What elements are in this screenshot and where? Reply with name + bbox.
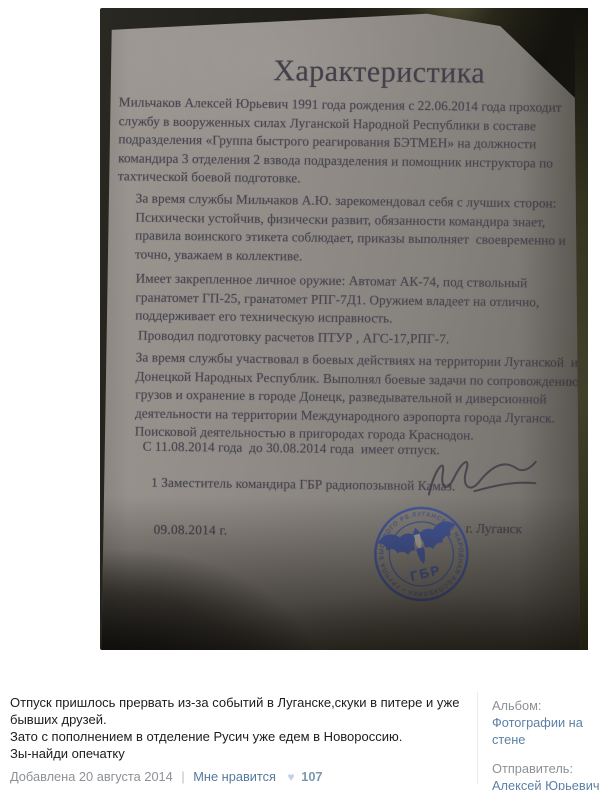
sender-link[interactable]: Алексей Юрьевич <box>492 777 612 790</box>
doc-paragraph: Мильчаков Алексей Юрьевич 1991 года рожд… <box>118 93 571 191</box>
document-text-layer: Характеристика Мильчаков Алексей Юрьевич… <box>92 8 588 656</box>
document-title: Характеристика <box>159 53 599 92</box>
bat-body <box>416 547 427 564</box>
photo-meta-row: Добавлена 20 августа 2014 | Мне нравится… <box>10 769 323 784</box>
photo-info-sidebar: Альбом: Фотографии на стене Отправитель:… <box>492 697 612 790</box>
added-date: Добавлена 20 августа 2014 <box>10 769 173 784</box>
document-date: 09.08.2014 г. <box>154 522 228 539</box>
like-button[interactable]: Мне нравится <box>193 769 276 784</box>
stamp-center-text: ГБР <box>409 562 443 584</box>
heart-icon[interactable]: ♥ <box>280 770 298 784</box>
signature-line: 1 Заместитель командира ГБР радиопозывно… <box>151 475 455 495</box>
doc-paragraph: За время службы Мильчаков А.Ю. зарекомен… <box>135 189 588 269</box>
photo-view-page: Характеристика Мильчаков Алексей Юрьевич… <box>0 0 614 790</box>
column-divider <box>477 692 478 784</box>
photo-caption: Отпуск пришлось прервать из-за событий в… <box>10 694 480 762</box>
doc-paragraph: Имеет закрепленное личное оружие: Автома… <box>135 269 588 330</box>
sender-label: Отправитель: <box>492 760 612 777</box>
doc-paragraph: За время службы участвовал в боевых дейс… <box>135 348 588 446</box>
document-paper: Характеристика Мильчаков Алексей Юрьевич… <box>100 8 588 650</box>
album-link[interactable]: Фотографии на стене <box>492 714 612 748</box>
photo-attachment[interactable]: Характеристика Мильчаков Алексей Юрьевич… <box>100 8 588 650</box>
album-label: Альбом: <box>492 697 612 714</box>
gbr-bat-stamp-icon: ЛУГАНСКАЯ НАРОДНАЯ РЕСПУБЛИКА • ГРУППА Б… <box>361 494 481 614</box>
doc-paragraph: Проводил подготовку расчетов ПТУР , АГС-… <box>138 326 590 350</box>
like-count[interactable]: 107 <box>301 769 322 784</box>
meta-separator: | <box>176 769 189 784</box>
document-city: г. Луганск <box>466 521 523 538</box>
